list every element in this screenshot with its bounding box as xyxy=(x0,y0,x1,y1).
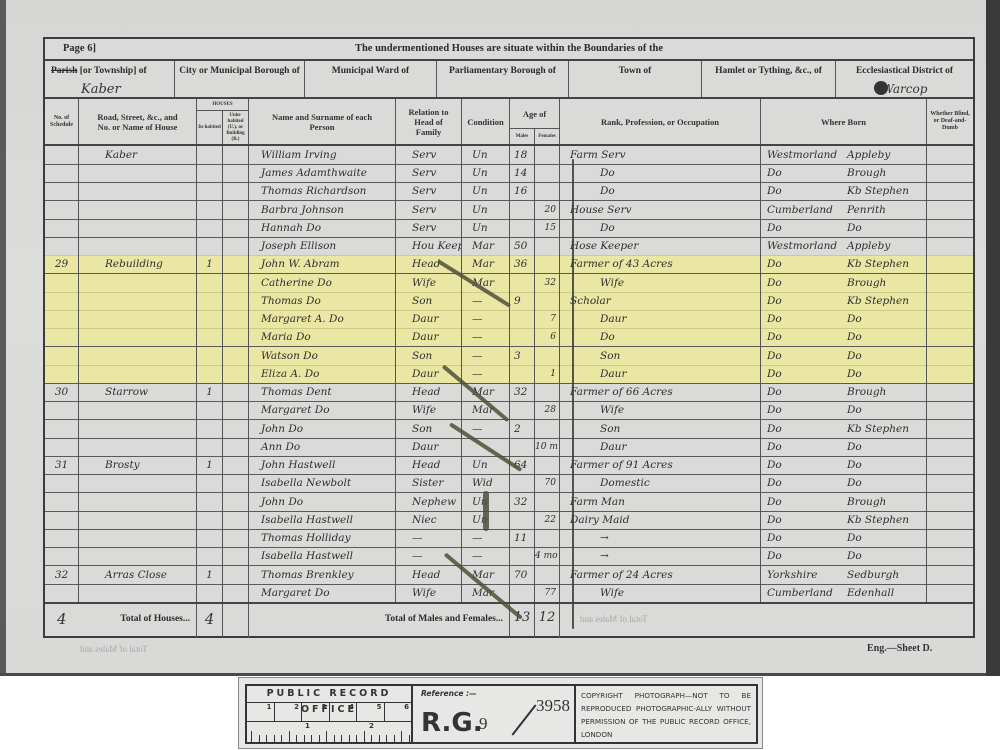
schedule-cell xyxy=(45,529,79,548)
schedule-cell xyxy=(45,292,79,311)
name-cell: Margaret Do xyxy=(249,401,396,420)
uninhabited-cell xyxy=(223,456,249,475)
born-parish: Do xyxy=(847,547,862,565)
name-cell: Ann Do xyxy=(249,438,396,457)
ruler-tick xyxy=(289,731,290,742)
boundary-parliamentary: Parliamentary Borough of xyxy=(437,61,569,97)
male-age-cell xyxy=(510,584,535,603)
ruler-tick xyxy=(326,731,327,742)
female-age-cell xyxy=(535,292,560,311)
female-age-cell: 70 xyxy=(535,474,560,493)
name-cell: Hannah Do xyxy=(249,219,396,238)
male-age-cell xyxy=(510,274,535,293)
female-age-cell: 7 xyxy=(535,310,560,329)
road-cell xyxy=(79,511,197,530)
column-headers: No. of Schedule Road, Street, &c., and N… xyxy=(45,99,973,146)
male-age-cell xyxy=(510,365,535,384)
born-county: Do xyxy=(767,438,847,456)
page-heading: The undermentioned Houses are situate wi… xyxy=(45,43,973,54)
female-age-cell xyxy=(535,146,560,165)
born-county: Do xyxy=(767,164,847,182)
ruler-tick xyxy=(394,735,395,742)
born-county: Yorkshire xyxy=(767,566,847,584)
reference-class: 9 xyxy=(479,714,488,734)
uninhabited-cell xyxy=(223,566,249,585)
road-cell xyxy=(79,274,197,293)
female-age-cell xyxy=(535,182,560,201)
table-row: Thomas Holliday——11→DoDo xyxy=(45,529,973,548)
schedule-cell xyxy=(45,310,79,329)
inhabited-cell xyxy=(197,420,223,439)
born-parish: Penrith xyxy=(847,201,886,219)
boundary-city: City or Municipal Borough of xyxy=(175,61,305,97)
relation-cell: Serv xyxy=(396,201,462,220)
inhabited-cell xyxy=(197,219,223,238)
female-age-cell: 1 xyxy=(535,365,560,384)
condition-cell: Un xyxy=(462,146,510,165)
occupation-cell: → xyxy=(560,529,761,548)
occupation-cell: Farmer of 43 Acres xyxy=(560,255,761,274)
ruler-tick xyxy=(274,735,275,742)
born-county: Do xyxy=(767,310,847,328)
occupation-cell: Hose Keeper xyxy=(560,237,761,256)
ruler-tick xyxy=(334,735,335,742)
blind-cell xyxy=(927,328,973,347)
name-cell: Eliza A. Do xyxy=(249,365,396,384)
inhabited-cell xyxy=(197,347,223,366)
inch-mark: 6 xyxy=(385,703,412,721)
blind-cell xyxy=(927,164,973,183)
born-county: Do xyxy=(767,292,847,310)
road-cell xyxy=(79,237,197,256)
male-age-cell xyxy=(510,438,535,457)
born-parish: Kb Stephen xyxy=(847,292,909,310)
uninhabited-cell xyxy=(223,438,249,457)
occupation-cell: Dairy Maid xyxy=(560,511,761,530)
road-cell xyxy=(79,401,197,420)
born-parish: Do xyxy=(847,310,862,328)
male-age-cell: 14 xyxy=(510,164,535,183)
table-row: Joseph EllisonHou KeeperMar50Hose Keeper… xyxy=(45,237,973,256)
ruler-tick xyxy=(409,735,410,742)
relation-cell: Serv xyxy=(396,182,462,201)
relation-cell: Head xyxy=(396,566,462,585)
road-cell xyxy=(79,474,197,493)
blind-cell xyxy=(927,365,973,384)
road-cell: Arras Close xyxy=(79,566,197,585)
blind-cell xyxy=(927,420,973,439)
occupation-cell: Scholar xyxy=(560,292,761,311)
where-born-cell: DoBrough xyxy=(761,493,927,512)
born-county: Do xyxy=(767,383,847,401)
name-cell: Isabella Hastwell xyxy=(249,511,396,530)
male-age-cell xyxy=(510,328,535,347)
inhabited-cell: 1 xyxy=(197,566,223,585)
persons-total-cell: Total of Males and Females... xyxy=(249,604,510,638)
born-county: Do xyxy=(767,219,847,237)
inhabited-cell: 1 xyxy=(197,456,223,475)
where-born-cell: DoKb Stephen xyxy=(761,255,927,274)
copyright-notice: COPYRIGHT PHOTOGRAPH—NOT TO BE REPRODUCE… xyxy=(576,686,756,742)
col-road: Road, Street, &c., and No. or Name of Ho… xyxy=(79,99,197,144)
col-name: Name and Surname of each Person xyxy=(249,99,396,144)
schedule-cell xyxy=(45,420,79,439)
schedule-cell xyxy=(45,511,79,530)
female-age-cell xyxy=(535,255,560,274)
bleed-through-text: Total of Males and xyxy=(80,644,148,654)
born-county: Do xyxy=(767,493,847,511)
ruler-tick xyxy=(379,735,380,742)
occupation-cell: → xyxy=(560,547,761,566)
schedule-cell xyxy=(45,274,79,293)
uninhabited-cell xyxy=(223,383,249,402)
inhabited-cell xyxy=(197,328,223,347)
blind-cell xyxy=(927,274,973,293)
born-parish: Brough xyxy=(847,383,886,401)
inch-mark: 1 xyxy=(247,703,275,721)
schedule-cell xyxy=(45,584,79,603)
name-cell: James Adamthwaite xyxy=(249,164,396,183)
where-born-cell: YorkshireSedburgh xyxy=(761,566,927,585)
blind-cell xyxy=(927,493,973,512)
blind-cell xyxy=(927,383,973,402)
road-cell xyxy=(79,328,197,347)
ruler-tick xyxy=(386,735,387,742)
table-row: James AdamthwaiteServUn14DoDoBrough xyxy=(45,164,973,183)
uninhabited-cell xyxy=(223,511,249,530)
bleed-through-area: Total of Males and xyxy=(560,604,973,638)
boundary-ward: Municipal Ward of xyxy=(305,61,437,97)
female-age-cell: 4 mo xyxy=(535,547,560,566)
name-cell: William Irving xyxy=(249,146,396,165)
table-row: Margaret DoWifeMar77WifeCumberlandEdenha… xyxy=(45,584,973,603)
pencil-stroke xyxy=(483,491,489,531)
born-county: Do xyxy=(767,420,847,438)
where-born-cell: DoDo xyxy=(761,529,927,548)
name-cell: Isabella Newbolt xyxy=(249,474,396,493)
road-cell xyxy=(79,182,197,201)
relation-cell: Nephew xyxy=(396,493,462,512)
inhabited-cell xyxy=(197,511,223,530)
ruler-tick xyxy=(401,731,402,742)
where-born-cell: WestmorlandAppleby xyxy=(761,237,927,256)
where-born-cell: DoDo xyxy=(761,219,927,238)
ruler-tick xyxy=(259,735,260,742)
road-cell xyxy=(79,420,197,439)
uninhabited-cell xyxy=(223,310,249,329)
occupation-cell: Wife xyxy=(560,274,761,293)
name-cell: John Do xyxy=(249,493,396,512)
female-age-cell xyxy=(535,566,560,585)
uninhabited-cell xyxy=(223,401,249,420)
relation-cell: — xyxy=(396,529,462,548)
female-age-cell xyxy=(535,383,560,402)
female-age-cell xyxy=(535,529,560,548)
boundary-parish: Parish [or Township] of Kaber xyxy=(45,61,175,97)
male-age-cell xyxy=(510,310,535,329)
uninhabited-cell xyxy=(223,201,249,220)
persons-total-label: Total of Males and Females... xyxy=(385,614,503,624)
table-row: Barbra JohnsonServUn20House ServCumberla… xyxy=(45,201,973,220)
road-cell xyxy=(79,347,197,366)
blind-cell xyxy=(927,474,973,493)
where-born-cell: DoKb Stephen xyxy=(761,182,927,201)
male-age-cell: 32 xyxy=(510,383,535,402)
schedule-cell: 31 xyxy=(45,456,79,475)
table-row: 31Brosty1John HastwellHeadUn64Farmer of … xyxy=(45,456,973,475)
inch-mark: 3 xyxy=(302,703,330,721)
houses-total-cell: 4 Total of Houses... xyxy=(45,604,197,638)
inhabited-cell xyxy=(197,493,223,512)
inch-scale: 123456 xyxy=(247,703,411,722)
name-cell: Joseph Ellison xyxy=(249,237,396,256)
inhabited-cell: 1 xyxy=(197,255,223,274)
male-age-cell xyxy=(510,401,535,420)
born-county: Do xyxy=(767,274,847,292)
road-cell xyxy=(79,219,197,238)
cm-scale: 12 xyxy=(247,722,411,742)
uninhabited-cell xyxy=(223,474,249,493)
name-cell: Thomas Holliday xyxy=(249,529,396,548)
blind-cell xyxy=(927,146,973,165)
stamp-frame: PUBLIC RECORD OFFICE 123456 12 Reference… xyxy=(245,684,758,744)
male-age-cell: 11 xyxy=(510,529,535,548)
relation-cell: Serv xyxy=(396,146,462,165)
name-cell: Thomas Brenkley xyxy=(249,566,396,585)
inch-mark: 4 xyxy=(330,703,358,721)
inch-mark: 5 xyxy=(357,703,385,721)
born-parish: Kb Stephen xyxy=(847,420,909,438)
born-parish: Brough xyxy=(847,274,886,292)
road-cell: Brosty xyxy=(79,456,197,475)
name-cell: Thomas Richardson xyxy=(249,182,396,201)
where-born-cell: DoDo xyxy=(761,328,927,347)
female-age-cell xyxy=(535,493,560,512)
inhabited-cell xyxy=(197,182,223,201)
ecclesiastical-value: Warcop xyxy=(836,84,973,95)
born-county: Do xyxy=(767,529,847,547)
born-county: Do xyxy=(767,474,847,492)
born-parish: Do xyxy=(847,529,862,547)
blind-cell xyxy=(927,201,973,220)
inhabited-cell xyxy=(197,310,223,329)
census-sheet: Page 6] The undermentioned Houses are si… xyxy=(0,0,1000,676)
born-parish: Do xyxy=(847,474,862,492)
where-born-cell: DoBrough xyxy=(761,164,927,183)
where-born-cell: CumberlandEdenhall xyxy=(761,584,927,603)
road-cell xyxy=(79,584,197,603)
where-born-cell: DoKb Stephen xyxy=(761,420,927,439)
born-county: Cumberland xyxy=(767,584,847,602)
born-county: Westmorland xyxy=(767,146,847,164)
male-age-cell xyxy=(510,474,535,493)
uninhabited-cell xyxy=(223,219,249,238)
male-age-cell: 36 xyxy=(510,255,535,274)
male-age-cell xyxy=(510,547,535,566)
schedule-cell xyxy=(45,146,79,165)
table-row: Maria DoDaur—6DoDoDo xyxy=(45,328,973,347)
schedule-cell xyxy=(45,493,79,512)
schedules-count: 4 xyxy=(57,610,67,628)
census-form: Page 6] The undermentioned Houses are si… xyxy=(43,37,975,638)
occupation-cell: Son xyxy=(560,420,761,439)
stamp-reference: Reference :— R.G. 9 3958 xyxy=(413,686,576,742)
road-cell xyxy=(79,292,197,311)
blind-cell xyxy=(927,566,973,585)
table-row: Hannah DoServUn15DoDoDo xyxy=(45,219,973,238)
stamp-title: PUBLIC RECORD OFFICE xyxy=(247,686,411,703)
cm-mark: 1 xyxy=(305,722,310,730)
occupation-cell: Do xyxy=(560,219,761,238)
boundary-town: Town of xyxy=(569,61,702,97)
table-row: Ann DoDaur10 mDaurDoDo xyxy=(45,438,973,457)
blind-cell xyxy=(927,292,973,311)
relation-cell: Serv xyxy=(396,219,462,238)
relation-cell: Head xyxy=(396,383,462,402)
born-parish: Do xyxy=(847,438,862,456)
born-county: Do xyxy=(767,456,847,474)
ruler-tick xyxy=(349,735,350,742)
condition-cell: Mar xyxy=(462,237,510,256)
where-born-cell: DoKb Stephen xyxy=(761,511,927,530)
boundary-ecclesiastical: Ecclesiastical District of Warcop xyxy=(836,61,973,97)
born-parish: Brough xyxy=(847,493,886,511)
relation-cell: Son xyxy=(396,292,462,311)
uninhabited-cell xyxy=(223,365,249,384)
parish-value: Kaber xyxy=(81,84,174,95)
ruler-tick xyxy=(296,735,297,742)
cm-mark: 2 xyxy=(369,722,374,730)
blind-cell xyxy=(927,182,973,201)
ruler-tick xyxy=(371,735,372,742)
occupation-cell: Son xyxy=(560,347,761,366)
female-age-cell: 15 xyxy=(535,219,560,238)
where-born-cell: CumberlandPenrith xyxy=(761,201,927,220)
table-row: Margaret DoWifeMar28WifeDoDo xyxy=(45,401,973,420)
table-row: 30Starrow1Thomas DentHeadMar32Farmer of … xyxy=(45,383,973,402)
inhabited-cell xyxy=(197,237,223,256)
relation-cell: Wife xyxy=(396,401,462,420)
occupation-cell: Do xyxy=(560,328,761,347)
occupation-cell: Farmer of 91 Acres xyxy=(560,456,761,475)
col-females: Females xyxy=(535,129,560,144)
female-age-cell: 6 xyxy=(535,328,560,347)
occupation-cell: Daur xyxy=(560,438,761,457)
road-cell xyxy=(79,201,197,220)
ruler-tick xyxy=(311,735,312,742)
ruler-tick xyxy=(251,731,252,742)
occupation-cell: Domestic xyxy=(560,474,761,493)
ruler-tick xyxy=(341,735,342,742)
name-cell: Barbra Johnson xyxy=(249,201,396,220)
born-parish: Appleby xyxy=(847,146,890,164)
name-cell: Maria Do xyxy=(249,328,396,347)
female-age-cell: 77 xyxy=(535,584,560,603)
road-cell xyxy=(79,164,197,183)
born-parish: Appleby xyxy=(847,237,890,255)
where-born-cell: DoDo xyxy=(761,438,927,457)
born-county: Cumberland xyxy=(767,201,847,219)
where-born-cell: DoDo xyxy=(761,401,927,420)
name-cell: Margaret A. Do xyxy=(249,310,396,329)
occupation-cell: Wife xyxy=(560,584,761,603)
uninhabited-cell xyxy=(223,420,249,439)
boundary-hamlet: Hamlet or Tything, &c., of xyxy=(702,61,836,97)
born-parish: Do xyxy=(847,328,862,346)
born-parish: Do xyxy=(847,456,862,474)
born-parish: Brough xyxy=(847,164,886,182)
public-record-office-stamp: PUBLIC RECORD OFFICE 123456 12 Reference… xyxy=(238,677,763,749)
col-blind: Whether Blind, or Deaf-and-Dumb xyxy=(927,99,973,144)
schedule-cell: 29 xyxy=(45,255,79,274)
table-row: Thomas DoSon—9ScholarDoKb Stephen xyxy=(45,292,973,311)
occupation-cell: Do xyxy=(560,164,761,183)
table-row: John DoSon—2SonDoKb Stephen xyxy=(45,420,973,439)
schedule-cell xyxy=(45,182,79,201)
inhabited-cell xyxy=(197,401,223,420)
table-row: Eliza A. DoDaur—1DaurDoDo xyxy=(45,365,973,384)
where-born-cell: DoBrough xyxy=(761,274,927,293)
male-age-cell: 9 xyxy=(510,292,535,311)
condition-cell: Mar xyxy=(462,255,510,274)
inhabited-cell xyxy=(197,584,223,603)
female-age-cell: 28 xyxy=(535,401,560,420)
table-row: 29Rebuilding1John W. AbramHeadMar36Farme… xyxy=(45,255,973,274)
where-born-cell: DoBrough xyxy=(761,383,927,402)
blind-cell xyxy=(927,456,973,475)
uninhabited-cell xyxy=(223,237,249,256)
table-row: Thomas RichardsonServUn16DoDoKb Stephen xyxy=(45,182,973,201)
col-uninhabited: Unin-habited (U.), or Building (B.) xyxy=(223,111,249,144)
occupation-cell: Farmer of 66 Acres xyxy=(560,383,761,402)
table-row: Isabella NewboltSisterWid70DomesticDoDo xyxy=(45,474,973,493)
relation-cell: Head xyxy=(396,456,462,475)
ruler-tick xyxy=(356,735,357,742)
schedule-cell xyxy=(45,547,79,566)
sheet-reference: Eng.—Sheet D. xyxy=(867,643,932,654)
born-parish: Kb Stephen xyxy=(847,255,909,273)
uninhabited-cell xyxy=(223,493,249,512)
male-age-cell xyxy=(510,201,535,220)
female-age-cell: 22 xyxy=(535,511,560,530)
condition-cell: Un xyxy=(462,219,510,238)
col-males: Males xyxy=(510,129,535,144)
occupation-cell: Daur xyxy=(560,310,761,329)
uninhabited-total-cell xyxy=(223,604,249,638)
reference-label: Reference :— xyxy=(421,689,477,698)
inhabited-cell xyxy=(197,474,223,493)
ruler-tick xyxy=(304,735,305,742)
relation-cell: Son xyxy=(396,347,462,366)
born-parish: Kb Stephen xyxy=(847,182,909,200)
table-row: Isabella HastwellNiecUn22Dairy MaidDoKb … xyxy=(45,511,973,530)
occupation-cell: House Serv xyxy=(560,201,761,220)
schedule-cell: 30 xyxy=(45,383,79,402)
condition-cell: — xyxy=(462,310,510,329)
schedule-cell xyxy=(45,237,79,256)
table-row: Watson DoSon—3SonDoDo xyxy=(45,347,973,366)
condition-cell: — xyxy=(462,547,510,566)
occupation-cell: Farm Man xyxy=(560,493,761,512)
blind-cell xyxy=(927,438,973,457)
blind-cell xyxy=(927,529,973,548)
male-age-cell: 70 xyxy=(510,566,535,585)
inhabited-cell xyxy=(197,547,223,566)
road-cell: Rebuilding xyxy=(79,255,197,274)
male-age-cell: 16 xyxy=(510,182,535,201)
schedule-cell xyxy=(45,438,79,457)
born-county: Do xyxy=(767,511,847,529)
